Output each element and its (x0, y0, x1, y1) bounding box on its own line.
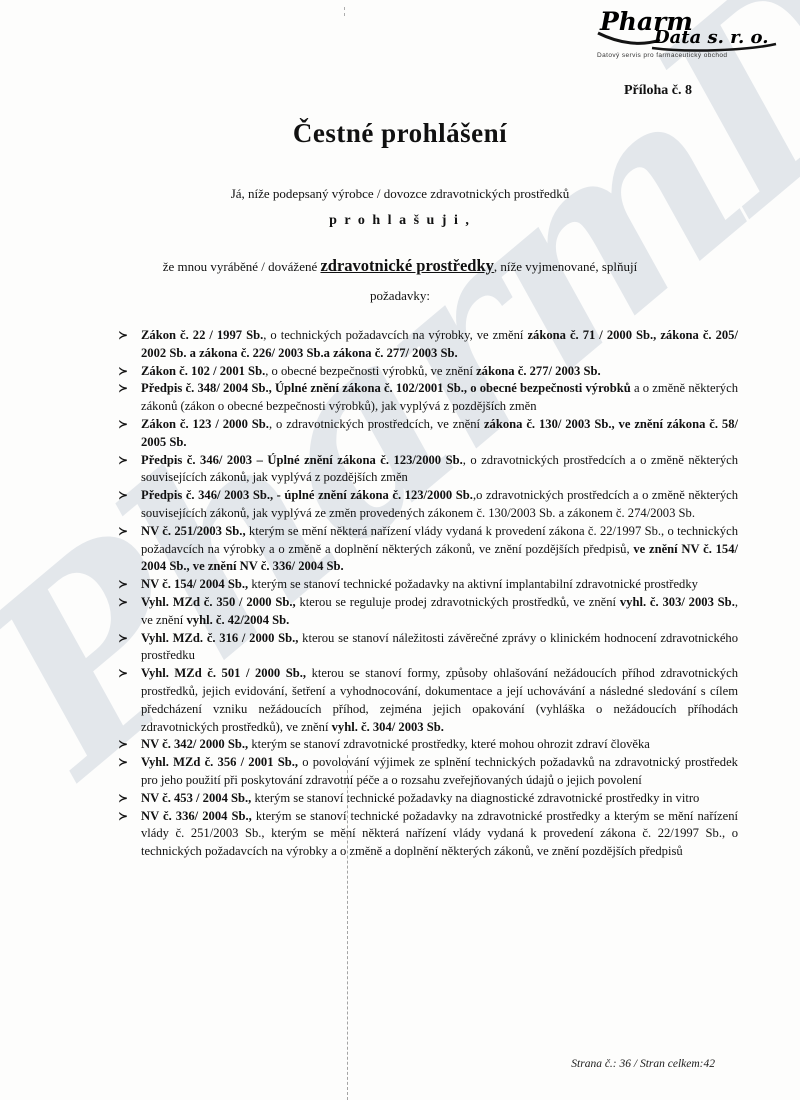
declaration-word: p r o h l a š u j i , (0, 213, 800, 229)
arrow-bullet-icon: ≻ (118, 594, 141, 630)
intro-line-3: požadavky: (0, 288, 800, 304)
intro-line-2-pre: že mnou vyráběné / dovážené (163, 259, 321, 274)
logo-tagline: Datový servis pro farmaceutický obchod (597, 52, 767, 59)
list-item: ≻Vyhl. MZd č. 501 / 2000 Sb., kterou se … (118, 665, 738, 736)
list-item-text: Předpis č. 348/ 2004 Sb., Úplné znění zá… (141, 380, 738, 416)
footer-page-info: Strana č.: 36 / Stran celkem:42 (571, 1058, 715, 1070)
list-item: ≻NV č. 336/ 2004 Sb., kterým se stanoví … (118, 808, 738, 861)
fold-line-top-mark (344, 7, 345, 16)
arrow-bullet-icon: ≻ (118, 754, 141, 790)
list-item-text: Vyhl. MZd č. 501 / 2000 Sb., kterou se s… (141, 665, 738, 736)
list-item-text: Vyhl. MZd č. 350 / 2000 Sb., kterou se r… (141, 594, 738, 630)
arrow-bullet-icon: ≻ (118, 576, 141, 594)
list-item-text: NV č. 453 / 2004 Sb., kterým se stanoví … (141, 790, 738, 808)
list-item: ≻Vyhl. MZd. č. 316 / 2000 Sb., kterou se… (118, 630, 738, 666)
list-item: ≻Zákon č. 22 / 1997 Sb., o technických p… (118, 327, 738, 363)
arrow-bullet-icon: ≻ (118, 790, 141, 808)
list-item-text: Vyhl. MZd č. 356 / 2001 Sb., o povolován… (141, 754, 738, 790)
intro-line-2-emphasis: zdravotnické prostředky (320, 256, 493, 275)
list-item: ≻NV č. 453 / 2004 Sb., kterým se stanoví… (118, 790, 738, 808)
intro-line-1: Já, níže podepsaný výrobce / dovozce zdr… (0, 186, 800, 202)
arrow-bullet-icon: ≻ (118, 736, 141, 754)
list-item-text: NV č. 342/ 2000 Sb., kterým se stanoví z… (141, 736, 738, 754)
list-item-text: Zákon č. 123 / 2000 Sb., o zdravotnickýc… (141, 416, 738, 452)
list-item-text: Předpis č. 346/ 2003 Sb., - úplné znění … (141, 487, 738, 523)
page-title: Čestné prohlášení (0, 118, 800, 149)
list-item-text: Vyhl. MZd. č. 316 / 2000 Sb., kterou se … (141, 630, 738, 666)
list-item: ≻Zákon č. 123 / 2000 Sb., o zdravotnický… (118, 416, 738, 452)
list-item: ≻Zákon č. 102 / 2001 Sb., o obecné bezpe… (118, 363, 738, 381)
list-item-text: NV č. 251/2003 Sb., kterým se mění někte… (141, 523, 738, 576)
arrow-bullet-icon: ≻ (118, 327, 141, 363)
list-item-text: Zákon č. 102 / 2001 Sb., o obecné bezpeč… (141, 363, 738, 381)
list-item-text: NV č. 336/ 2004 Sb., kterým se stanoví t… (141, 808, 738, 861)
list-item: ≻NV č. 342/ 2000 Sb., kterým se stanoví … (118, 736, 738, 754)
list-item: ≻NV č. 251/2003 Sb., kterým se mění někt… (118, 523, 738, 576)
list-item: ≻Vyhl. MZd č. 350 / 2000 Sb., kterou se … (118, 594, 738, 630)
arrow-bullet-icon: ≻ (118, 665, 141, 736)
list-item: ≻Vyhl. MZd č. 356 / 2001 Sb., o povolová… (118, 754, 738, 790)
arrow-bullet-icon: ≻ (118, 416, 141, 452)
arrow-bullet-icon: ≻ (118, 523, 141, 576)
fold-line (347, 755, 348, 1100)
intro-line-2: že mnou vyráběné / dovážené zdravotnické… (0, 256, 800, 276)
list-item: ≻NV č. 154/ 2004 Sb., kterým se stanoví … (118, 576, 738, 594)
list-item-text: NV č. 154/ 2004 Sb., kterým se stanoví t… (141, 576, 738, 594)
pharmdata-logo-graphic: Pharm Data s. r. o. (590, 6, 785, 54)
arrow-bullet-icon: ≻ (118, 808, 141, 861)
intro-line-2-post: , níže vyjmenované, splňují (494, 259, 637, 274)
list-item: ≻Předpis č. 348/ 2004 Sb., Úplné znění z… (118, 380, 738, 416)
attachment-label: Příloha č. 8 (624, 83, 692, 99)
pharmdata-logo: Pharm Data s. r. o. (590, 6, 785, 54)
document-page: PharmData Pharm Data s. r. o. Datový ser… (0, 0, 800, 1100)
logo-word-data-sro: Data s. r. o. (653, 27, 769, 48)
list-item-text: Zákon č. 22 / 1997 Sb., o technických po… (141, 327, 738, 363)
arrow-bullet-icon: ≻ (118, 630, 141, 666)
arrow-bullet-icon: ≻ (118, 380, 141, 416)
arrow-bullet-icon: ≻ (118, 363, 141, 381)
list-item-text: Předpis č. 346/ 2003 – Úplné znění zákon… (141, 452, 738, 488)
arrow-bullet-icon: ≻ (118, 487, 141, 523)
arrow-bullet-icon: ≻ (118, 452, 141, 488)
list-item: ≻Předpis č. 346/ 2003 – Úplné znění záko… (118, 452, 738, 488)
list-item: ≻Předpis č. 346/ 2003 Sb., - úplné znění… (118, 487, 738, 523)
law-list: ≻Zákon č. 22 / 1997 Sb., o technických p… (118, 327, 738, 861)
